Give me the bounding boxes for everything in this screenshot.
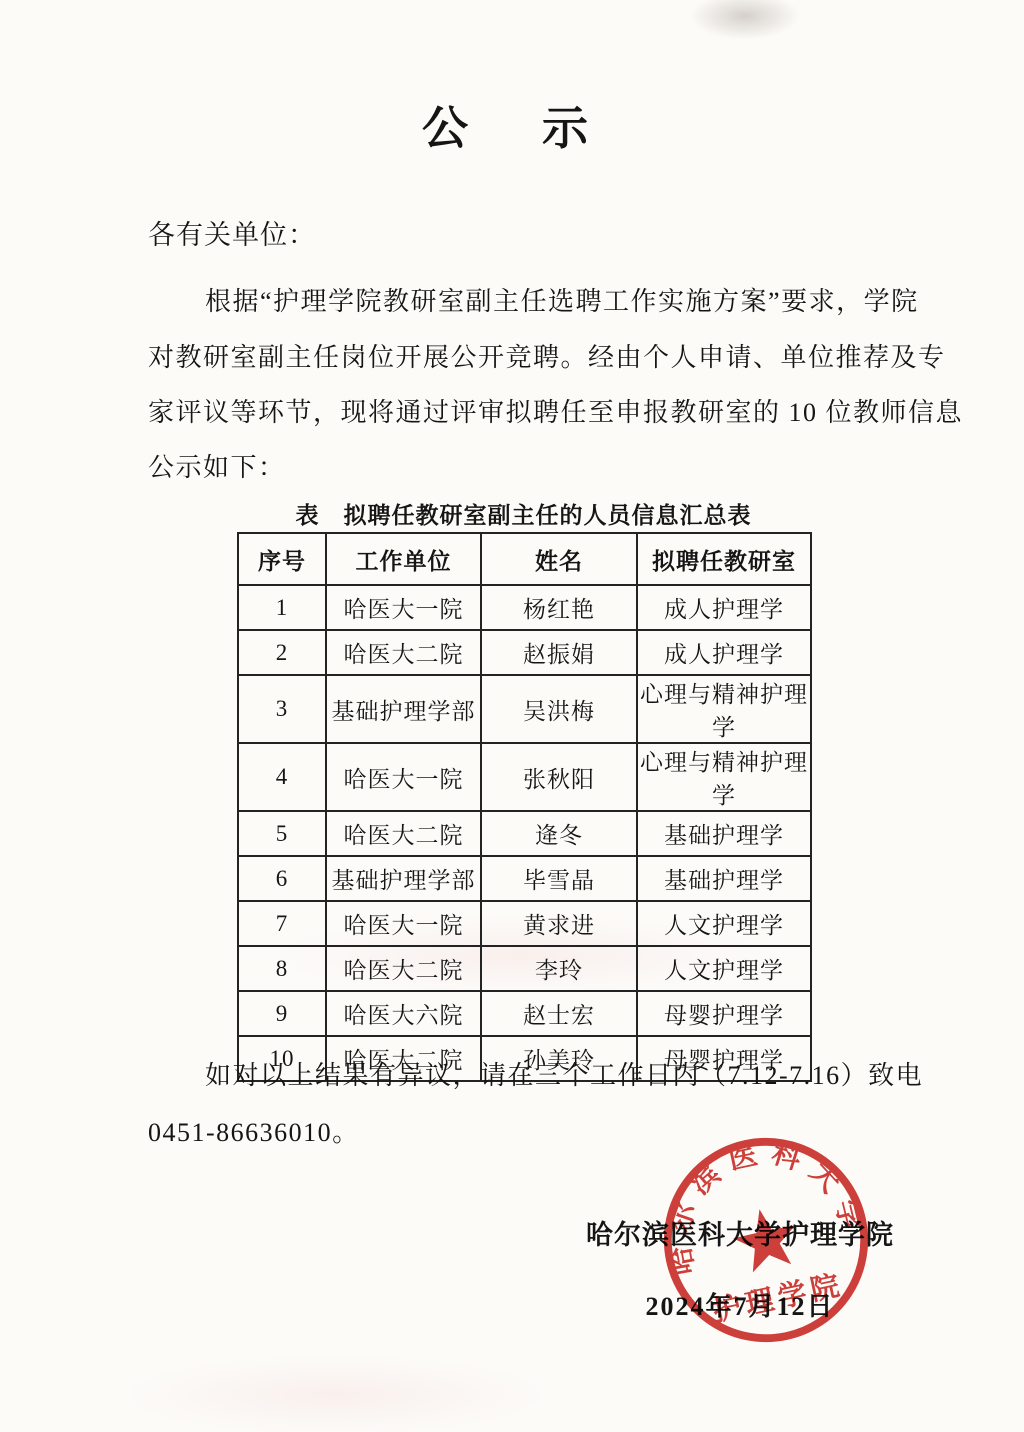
cell-office: 成人护理学 <box>637 585 811 630</box>
body-line-3: 家评议等环节，现将通过评审拟聘任至申报教研室的 10 位教师信息 <box>148 392 963 429</box>
table-row: 6 基础护理学部 毕雪晶 基础护理学 <box>238 856 811 901</box>
cell-name: 吴洪梅 <box>481 675 637 743</box>
cell-index: 5 <box>238 811 326 856</box>
table-row: 2 哈医大二院 赵振娟 成人护理学 <box>238 630 811 675</box>
table-row: 5 哈医大二院 逄冬 基础护理学 <box>238 811 811 856</box>
cell-unit: 哈医大一院 <box>326 901 481 946</box>
body-line-4: 公示如下： <box>148 447 286 484</box>
body-line-1: 根据“护理学院教研室副主任选聘工作实施方案”要求，学院 <box>205 281 919 318</box>
cell-index: 3 <box>238 675 326 743</box>
scan-smudge-bottom <box>120 1355 550 1432</box>
col-header-unit: 工作单位 <box>326 533 481 585</box>
cell-index: 9 <box>238 991 326 1036</box>
table-row: 4 哈医大一院 张秋阳 心理与精神护理学 <box>238 743 811 811</box>
cell-unit: 哈医大二院 <box>326 630 481 675</box>
table-row: 1 哈医大一院 杨红艳 成人护理学 <box>238 585 811 630</box>
roster-table: 序号 工作单位 姓名 拟聘任教研室 1 哈医大一院 杨红艳 成人护理学 2 哈医… <box>237 532 812 1082</box>
cell-unit: 哈医大一院 <box>326 743 481 811</box>
cell-office: 心理与精神护理学 <box>637 743 811 811</box>
table-caption: 表 拟聘任教研室副主任的人员信息汇总表 <box>237 497 810 530</box>
cell-index: 4 <box>238 743 326 811</box>
body-line-2: 对教研室副主任岗位开展公开竞聘。经由个人申请、单位推荐及专 <box>148 337 946 374</box>
cell-name: 赵士宏 <box>481 991 637 1036</box>
cell-office: 心理与精神护理学 <box>637 675 811 743</box>
cell-unit: 哈医大六院 <box>326 991 481 1036</box>
cell-office: 基础护理学 <box>637 856 811 901</box>
cell-name: 张秋阳 <box>481 743 637 811</box>
cell-unit: 哈医大一院 <box>326 585 481 630</box>
col-header-index: 序号 <box>238 533 326 585</box>
closing-line-2: 0451-86636010。 <box>148 1112 360 1149</box>
cell-office: 人文护理学 <box>637 901 811 946</box>
official-seal: 哈尔滨医科大学 护理学院 <box>638 1112 894 1368</box>
table-row: 7 哈医大一院 黄求进 人文护理学 <box>238 901 811 946</box>
table-header-row: 序号 工作单位 姓名 拟聘任教研室 <box>238 533 811 585</box>
cell-index: 1 <box>238 585 326 630</box>
cell-office: 母婴护理学 <box>637 991 811 1036</box>
cell-unit: 基础护理学部 <box>326 856 481 901</box>
cell-index: 2 <box>238 630 326 675</box>
cell-name: 逄冬 <box>481 811 637 856</box>
cell-office: 成人护理学 <box>637 630 811 675</box>
cell-name: 黄求进 <box>481 901 637 946</box>
salutation: 各有关单位： <box>148 213 316 252</box>
table-row: 3 基础护理学部 吴洪梅 心理与精神护理学 <box>238 675 811 743</box>
closing-line-1: 如对以上结果有异议，请在三个工作日内（7.12-7.16）致电 <box>205 1055 923 1092</box>
cell-office: 人文护理学 <box>637 946 811 991</box>
cell-unit: 基础护理学部 <box>326 675 481 743</box>
page-title: 公 示 <box>0 92 1024 158</box>
cell-unit: 哈医大二院 <box>326 946 481 991</box>
cell-unit: 哈医大二院 <box>326 811 481 856</box>
cell-office: 基础护理学 <box>637 811 811 856</box>
scan-smudge-top <box>690 0 800 40</box>
cell-name: 李玲 <box>481 946 637 991</box>
cell-index: 6 <box>238 856 326 901</box>
cell-name: 赵振娟 <box>481 630 637 675</box>
table-row: 8 哈医大二院 李玲 人文护理学 <box>238 946 811 991</box>
col-header-office: 拟聘任教研室 <box>637 533 811 585</box>
cell-name: 毕雪晶 <box>481 856 637 901</box>
cell-index: 7 <box>238 901 326 946</box>
cell-name: 杨红艳 <box>481 585 637 630</box>
col-header-name: 姓名 <box>481 533 637 585</box>
table-row: 9 哈医大六院 赵士宏 母婴护理学 <box>238 991 811 1036</box>
cell-index: 8 <box>238 946 326 991</box>
seal-star <box>728 1203 803 1275</box>
document-page: 公 示 各有关单位： 根据“护理学院教研室副主任选聘工作实施方案”要求，学院 对… <box>0 0 1024 1432</box>
